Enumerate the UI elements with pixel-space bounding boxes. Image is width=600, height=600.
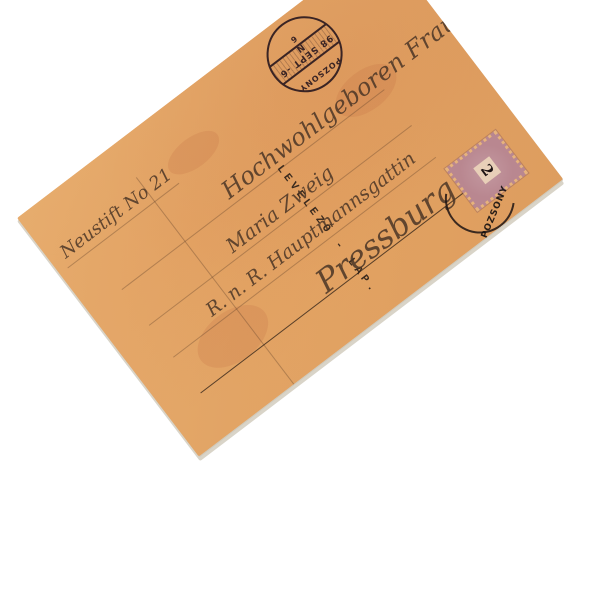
return-address: Neustift No 21	[56, 164, 176, 263]
photo-scene: POZSONY 98 SEPT -6 N 6 LEVELEZŐ - LAP. H…	[0, 0, 600, 600]
address-line-1: Hochwohlgeboren Frau	[216, 7, 462, 204]
